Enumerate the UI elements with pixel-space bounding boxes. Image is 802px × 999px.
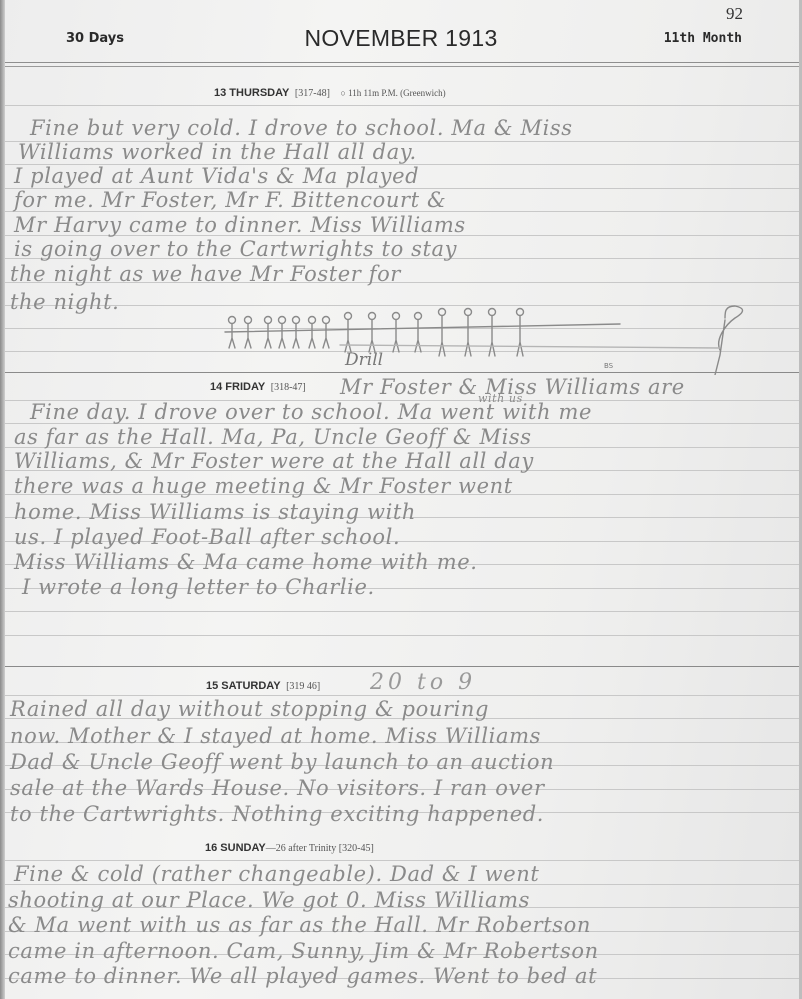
- handwritten-line: to the Cartwrights. Nothing exciting hap…: [10, 802, 544, 826]
- handwritten-time-note: 20 to 9: [370, 670, 476, 695]
- handwritten-line: as far as the Hall. Ma, Pa, Uncle Geoff …: [14, 425, 532, 449]
- handwritten-line: Fine & cold (rather changeable). Dad & I…: [14, 862, 539, 886]
- page-binding-edge: [0, 0, 5, 999]
- day-heading: 14 FRIDAY [318-47]: [210, 381, 306, 393]
- handwritten-line: & Ma went with us as far as the Hall. Mr…: [8, 913, 591, 937]
- header-divider: [5, 62, 799, 67]
- day-label: 16 SUNDAY: [205, 842, 266, 854]
- moon-phase-note: ○ 11h 11m P.M. (Greenwich): [340, 88, 445, 98]
- day-number-meta: [319 46]: [286, 681, 320, 692]
- handwritten-line: there was a huge meeting & Mr Foster wen…: [14, 474, 513, 498]
- handwritten-line: the night.: [10, 290, 119, 314]
- handwritten-line: shooting at our Place. We got 0. Miss Wi…: [8, 888, 530, 912]
- handwritten-line: the night as we have Mr Foster for: [10, 262, 401, 286]
- handwritten-line: now. Mother & I stayed at home. Miss Wil…: [10, 724, 541, 748]
- day-label: 14 FRIDAY: [210, 381, 265, 393]
- handwritten-line: Fine day. I drove over to school. Ma wen…: [30, 400, 592, 424]
- handwritten-line: I played at Aunt Vida's & Ma played: [14, 164, 419, 188]
- page-header: 92 30 Days NOVEMBER 1913 11th Month: [0, 0, 802, 62]
- handwritten-line: came in afternoon. Cam, Sunny, Jim & Mr …: [8, 939, 599, 963]
- drawing-initials: BS: [604, 362, 613, 370]
- entry-divider: [5, 666, 799, 667]
- handwritten-line: is going over to the Cartwrights to stay: [14, 237, 457, 261]
- handwritten-line: Miss Williams & Ma came home with me.: [14, 550, 478, 574]
- handwritten-line: came to dinner. We all played games. Wen…: [8, 964, 597, 988]
- diary-page: 92 30 Days NOVEMBER 1913 11th Month: [0, 0, 802, 999]
- entry-divider: [5, 372, 799, 373]
- handwritten-line: us. I played Foot-Ball after school.: [14, 525, 400, 549]
- handwritten-line: Dad & Uncle Geoff went by launch to an a…: [10, 750, 554, 774]
- handwritten-line: sale at the Wards House. No visitors. I …: [10, 776, 545, 800]
- page-number: 92: [726, 4, 743, 24]
- day-label: 13 THURSDAY: [214, 87, 289, 99]
- day-number-meta: [317-48]: [295, 88, 330, 99]
- drill-stick-figures-sketch: [220, 300, 760, 375]
- handwritten-line: Fine but very cold. I drove to school. M…: [30, 116, 573, 140]
- month-number-label: 11th Month: [664, 31, 742, 46]
- day-label: 15 SATURDAY: [206, 680, 281, 692]
- handwritten-line: Williams, & Mr Foster were at the Hall a…: [14, 449, 534, 473]
- handwritten-line: for me. Mr Foster, Mr F. Bittencourt &: [14, 188, 446, 212]
- drawing-caption: Drill: [345, 350, 383, 370]
- handwritten-line: home. Miss Williams is staying with: [14, 500, 416, 524]
- handwritten-line: Rained all day without stopping & pourin…: [10, 697, 489, 721]
- day-number-meta: [318-47]: [271, 382, 306, 393]
- day-heading: 15 SATURDAY [319 46]: [206, 680, 320, 692]
- day-heading: 13 THURSDAY [317-48] ○ 11h 11m P.M. (Gre…: [214, 87, 446, 99]
- handwritten-line: Mr Harvy came to dinner. Miss Williams: [14, 213, 466, 237]
- handwritten-line: Williams worked in the Hall all day.: [18, 140, 417, 164]
- handwritten-line: I wrote a long letter to Charlie.: [22, 575, 375, 599]
- day-heading: 16 SUNDAY—26 after Trinity [320-45]: [205, 842, 374, 854]
- day-number-meta: —26 after Trinity [320-45]: [266, 843, 374, 854]
